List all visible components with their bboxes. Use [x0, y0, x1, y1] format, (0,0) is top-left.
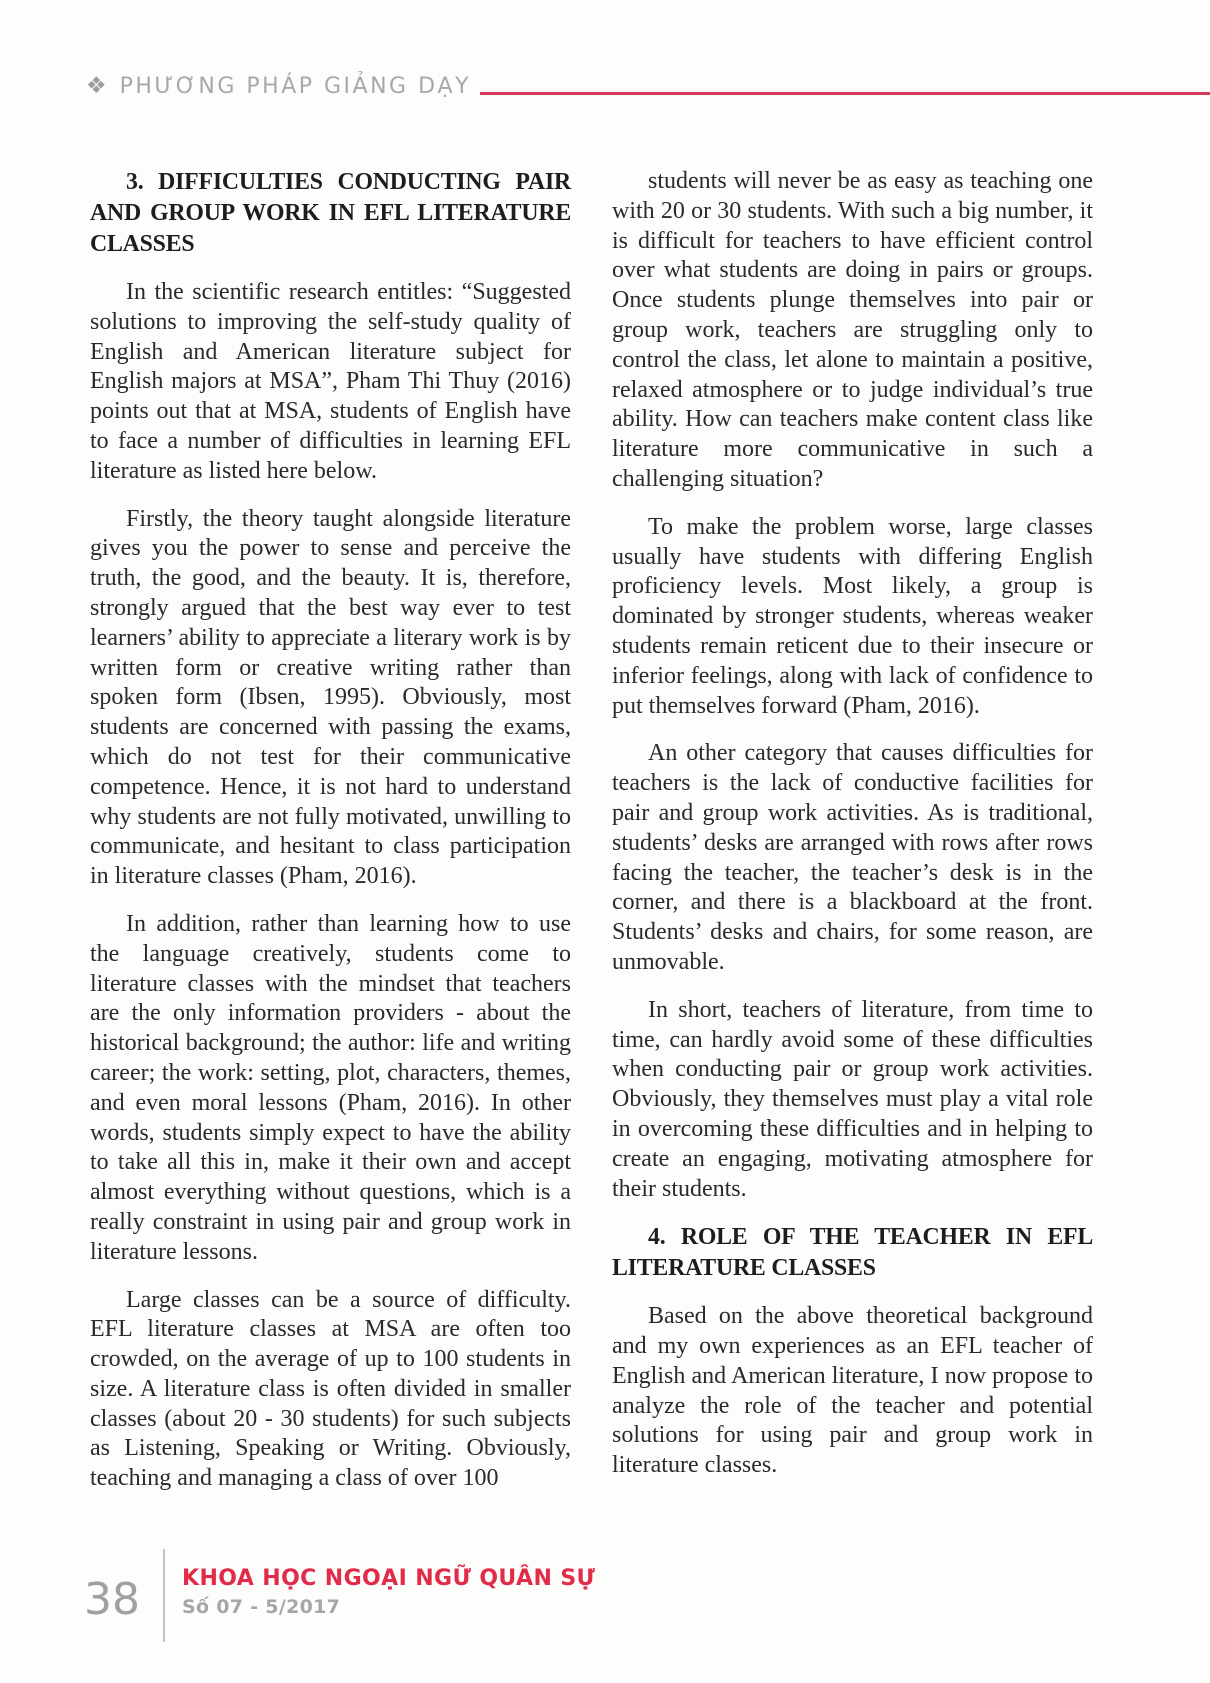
running-head-title: PHƯƠNG PHÁP GIẢNG DẠY: [120, 74, 471, 99]
right-column: students will never be as easy as teachi…: [612, 167, 1093, 1481]
paragraph-large-classes: Large classes can be a source of difficu…: [90, 1286, 571, 1495]
paragraph-another-category: An other category that causes difficulti…: [612, 739, 1093, 977]
paragraph-problem-worse: To make the problem worse, large classes…: [612, 513, 1093, 722]
footer-divider: [163, 1549, 165, 1642]
paragraph-students-will-never: students will never be as easy as teachi…: [612, 167, 1093, 495]
page-number: 38: [84, 1578, 140, 1622]
paragraph-based-on-background: Based on the above theoretical backgroun…: [612, 1302, 1093, 1481]
paragraph-research-entitles: In the scientific research entitles: “Su…: [90, 278, 571, 487]
four-diamonds-icon: ❖: [86, 75, 107, 98]
left-column: 3. DIFFICULTIES CONDUCTING PAIR AND GROU…: [90, 167, 571, 1494]
section-heading-role-of-teacher: 4. ROLE OF THE TEACHER IN EFL LITERATURE…: [612, 1222, 1093, 1284]
section-heading-difficulties: 3. DIFFICULTIES CONDUCTING PAIR AND GROU…: [90, 167, 571, 260]
header-accent-rule: [480, 92, 1210, 95]
page-footer: KHOA HỌC NGOẠI NGỮ QUÂN SỰ Số 07 - 5/201…: [182, 1566, 595, 1618]
journal-page: ❖ PHƯƠNG PHÁP GIẢNG DẠY 3. DIFFICULTIES …: [0, 0, 1210, 1683]
paragraph-in-short: In short, teachers of literature, from t…: [612, 996, 1093, 1205]
journal-issue: Số 07 - 5/2017: [182, 1596, 595, 1618]
page-header: ❖ PHƯƠNG PHÁP GIẢNG DẠY: [86, 74, 471, 99]
paragraph-firstly-theory: Firstly, the theory taught alongside lit…: [90, 505, 571, 892]
paragraph-in-addition: In addition, rather than learning how to…: [90, 910, 571, 1268]
journal-name: KHOA HỌC NGOẠI NGỮ QUÂN SỰ: [182, 1566, 595, 1591]
